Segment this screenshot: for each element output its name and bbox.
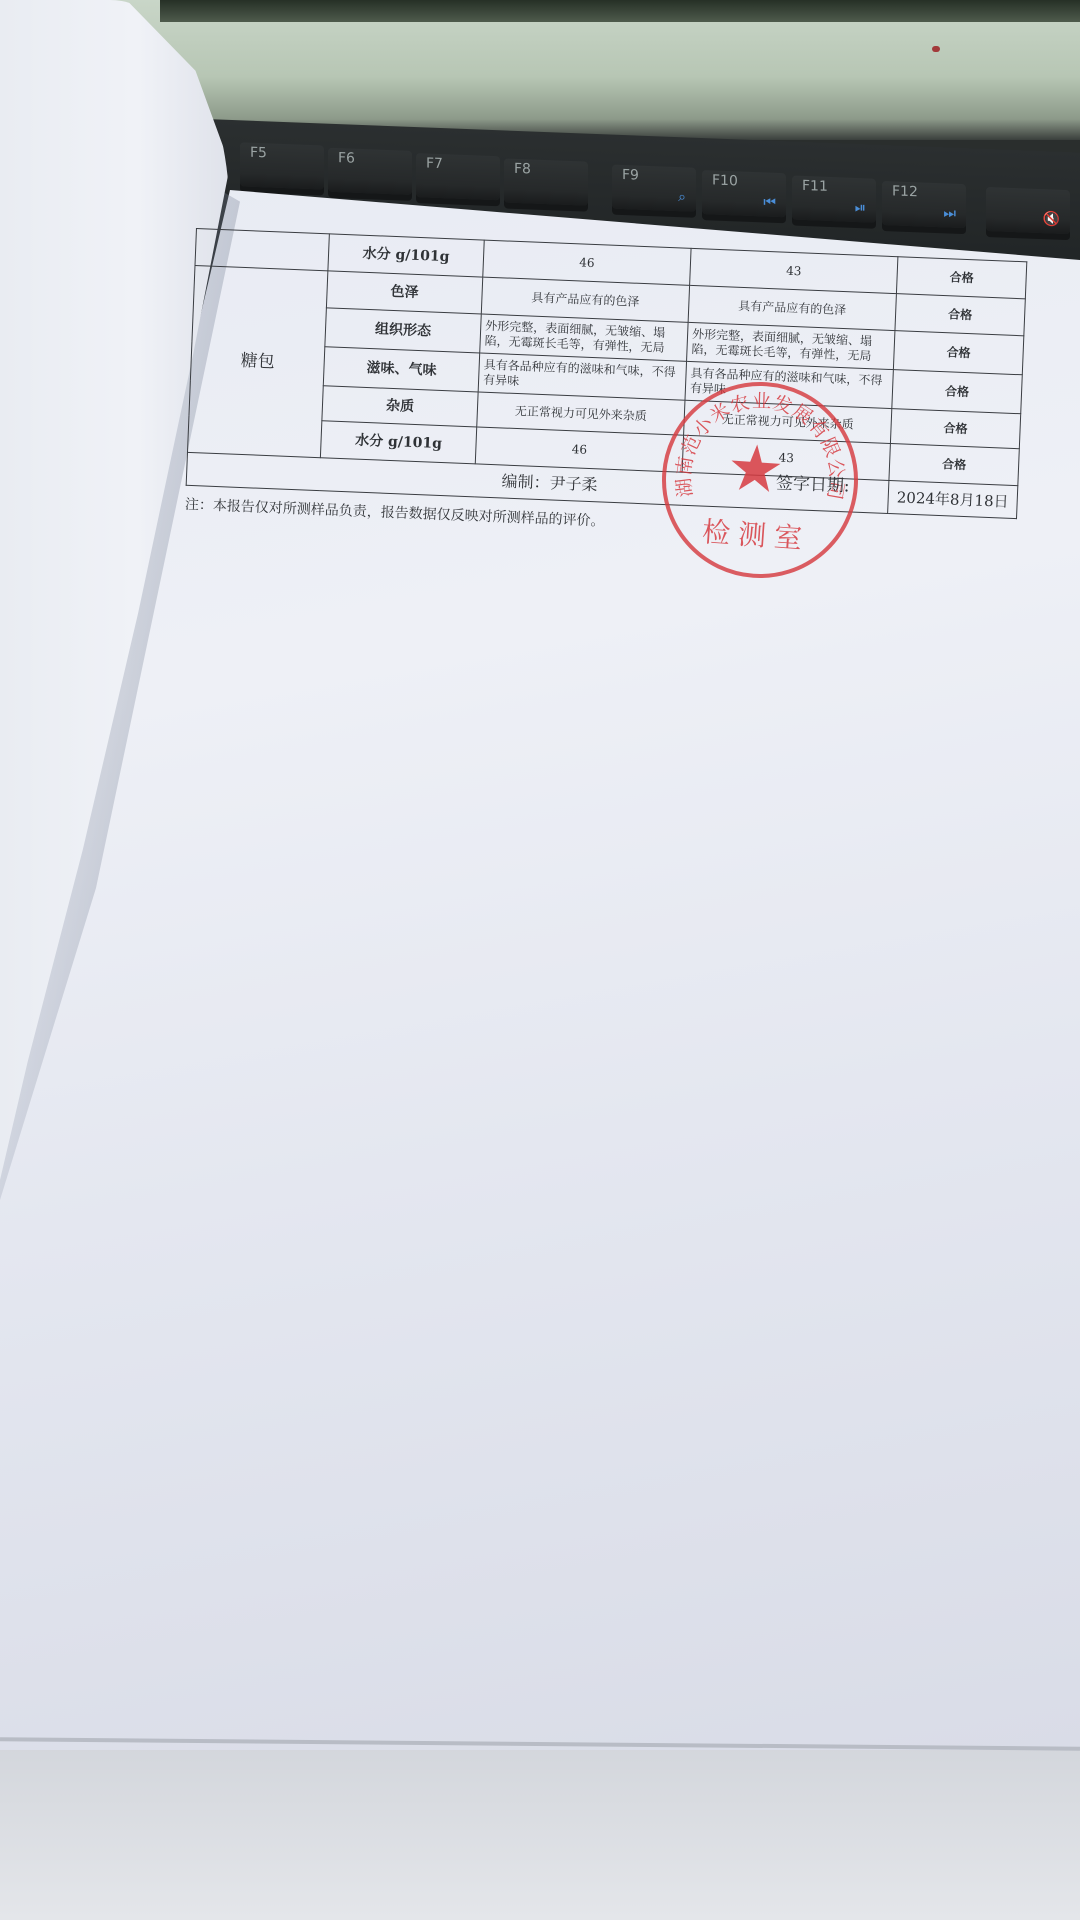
sign-date-label: 签字日期: [776,469,851,497]
desk-mark [932,46,940,52]
play-pause-icon: ⏯ [855,200,866,216]
search-icon: ⌕ [678,189,686,205]
item-cell: 色泽 [326,271,482,314]
compiled-by-label: 编制： [501,471,550,492]
table-surface [0,1745,1080,1920]
monitor-edge [160,0,1080,22]
result-cell: 合格 [895,294,1025,336]
result-cell: 合格 [893,331,1023,375]
key-f5[interactable]: F5 [240,142,324,189]
category-cell: 糖包 [187,265,327,457]
key-f8[interactable]: F8 [504,158,588,205]
key-mute[interactable]: 🔇 [986,187,1070,234]
key-f9[interactable]: F9⌕ [612,165,696,212]
sign-date: 2024年8月18日 [888,481,1018,519]
item-cell: 滋味、气味 [323,347,479,392]
mute-icon: 🔇 [1043,211,1060,228]
next-track-icon: ⏭ [943,205,956,221]
results-table: 水分 g/101g 46 43 合格 糖包 色泽 具有产品应有的色泽 具有产品应… [186,228,1028,519]
item-cell: 水分 g/101g [320,421,476,464]
previous-track-icon: ⏮ [763,194,776,210]
result-cell: 合格 [889,444,1019,486]
key-f10[interactable]: F10⏮ [702,170,786,217]
key-f6[interactable]: F6 [328,148,412,195]
key-f11[interactable]: F11⏯ [792,176,876,223]
item-cell: 水分 g/101g [328,234,484,277]
item-cell: 组织形态 [325,308,481,353]
result-cell: 合格 [896,257,1026,299]
result-cell: 合格 [892,370,1022,414]
key-f12[interactable]: F12⏭ [882,181,966,228]
result-cell: 合格 [890,409,1020,449]
inspection-report: 水分 g/101g 46 43 合格 糖包 色泽 具有产品应有的色泽 具有产品应… [185,228,990,546]
key-f7[interactable]: F7 [416,153,500,200]
compiled-by-name: 尹子柔 [549,473,598,494]
